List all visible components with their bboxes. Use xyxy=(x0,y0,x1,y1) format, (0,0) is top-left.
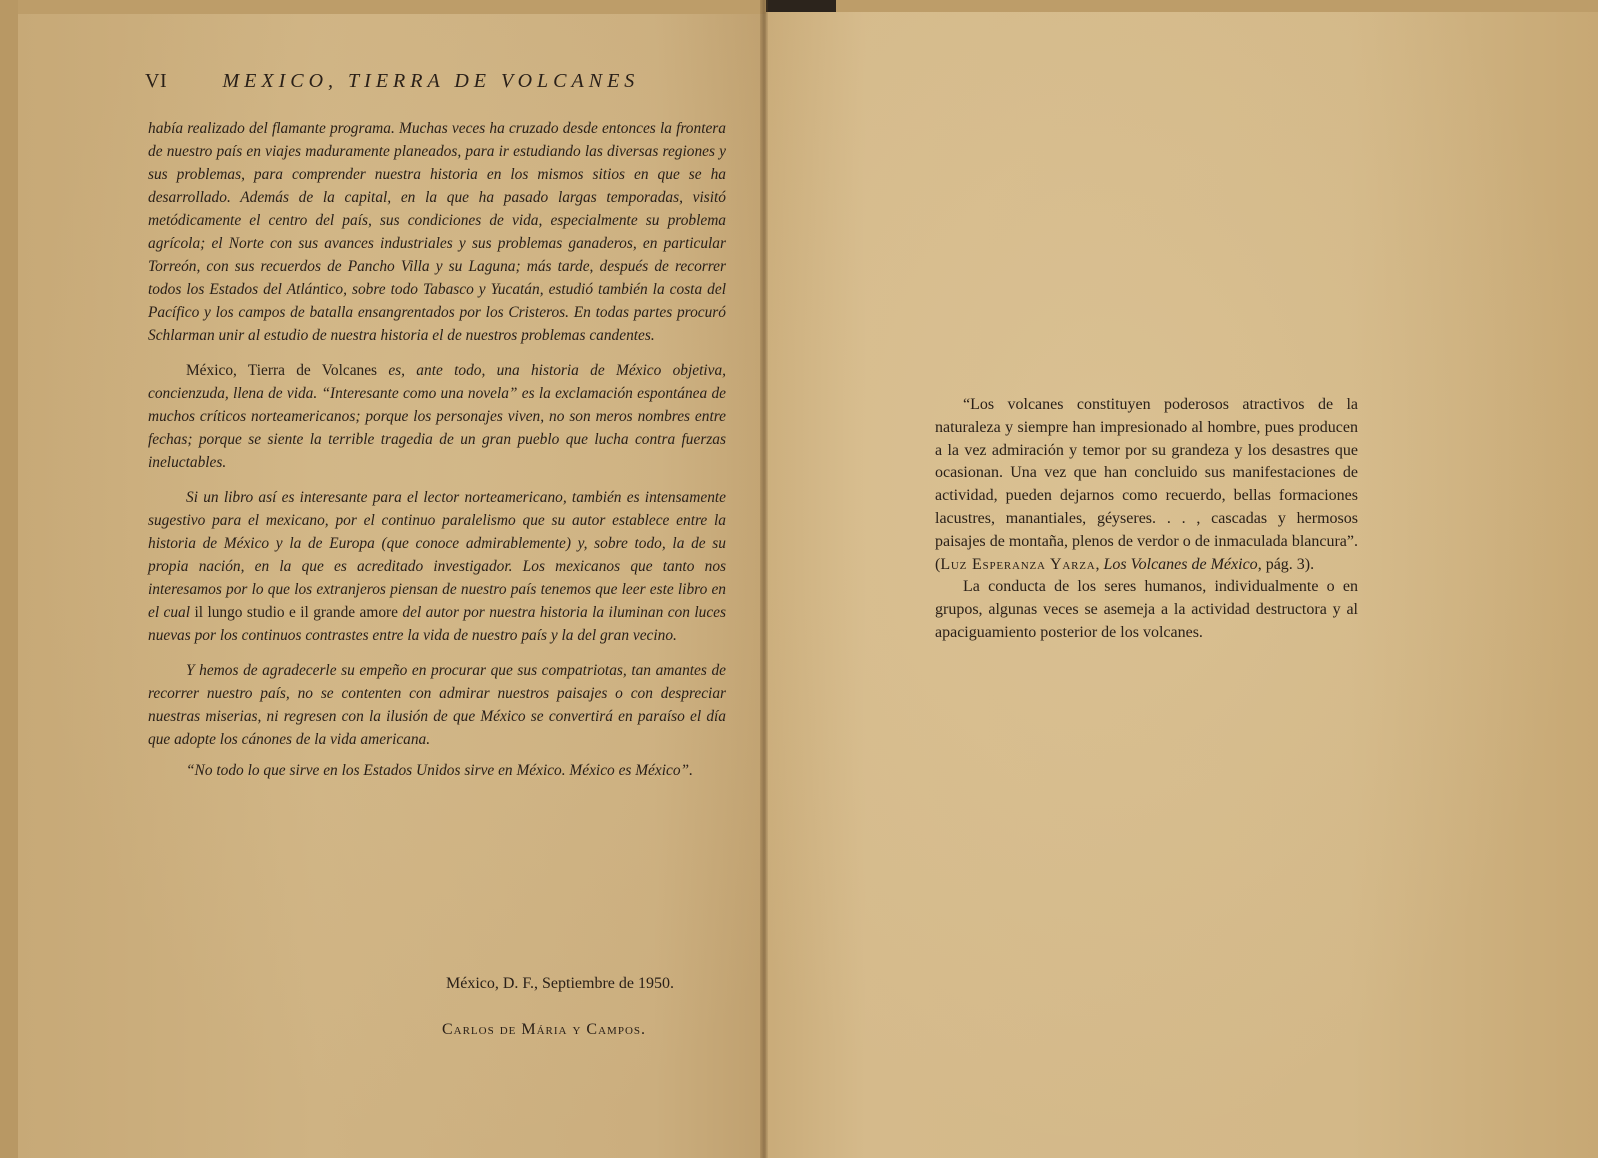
place-date: México, D. F., Septiembre de 1950. xyxy=(148,975,726,993)
text-segment: México, Tierra de Volcanes xyxy=(186,362,377,379)
paragraph: había realizado del flamante programa. M… xyxy=(148,117,726,347)
text-segment: il lungo studio e il grande amore xyxy=(194,604,398,621)
book-spine xyxy=(760,0,768,1158)
text-segment: había realizado del flamante programa. M… xyxy=(148,120,726,344)
running-title: MEXICO, TIERRA DE VOLCANES xyxy=(223,70,640,92)
text-segment: Y hemos de agradecerle su empeño en proc… xyxy=(148,662,726,748)
page-number: VI xyxy=(145,70,217,93)
text-segment: Si un libro así es interesante para el l… xyxy=(148,489,726,621)
text-segment: , pág. 3). xyxy=(1258,556,1314,573)
left-page-body: había realizado del flamante programa. M… xyxy=(148,117,726,782)
paragraph: Y hemos de agradecerle su empeño en proc… xyxy=(148,659,726,751)
paragraph: La conducta de los seres humanos, indivi… xyxy=(935,576,1358,644)
closing-quote: “No todo lo que sirve en los Estados Uni… xyxy=(148,759,726,782)
text-segment: La conducta de los seres humanos, indivi… xyxy=(935,578,1358,641)
running-head: VI MEXICO, TIERRA DE VOLCANES xyxy=(145,70,745,93)
text-segment: Luz Esperanza Yarza xyxy=(940,556,1095,573)
right-page-body: “Los volcanes constituyen poderosos atra… xyxy=(935,394,1358,645)
paragraph: México, Tierra de Volcanes es, ante todo… xyxy=(148,359,726,474)
paragraph: Si un libro así es interesante para el l… xyxy=(148,486,726,647)
text-segment: , xyxy=(1096,556,1104,573)
book-spread: VI MEXICO, TIERRA DE VOLCANES había real… xyxy=(0,0,1598,1158)
text-segment: “Los volcanes constituyen poderosos atra… xyxy=(935,396,1358,573)
background-gap xyxy=(766,0,836,12)
epigraph-quote: “Los volcanes constituyen poderosos atra… xyxy=(935,394,1358,576)
signature: Carlos de Mária y Campos. xyxy=(148,1021,726,1039)
text-segment: Los Volcanes de México xyxy=(1104,556,1258,573)
page-edge xyxy=(0,0,18,1158)
text-segment: “No todo lo que sirve en los Estados Uni… xyxy=(186,762,693,779)
